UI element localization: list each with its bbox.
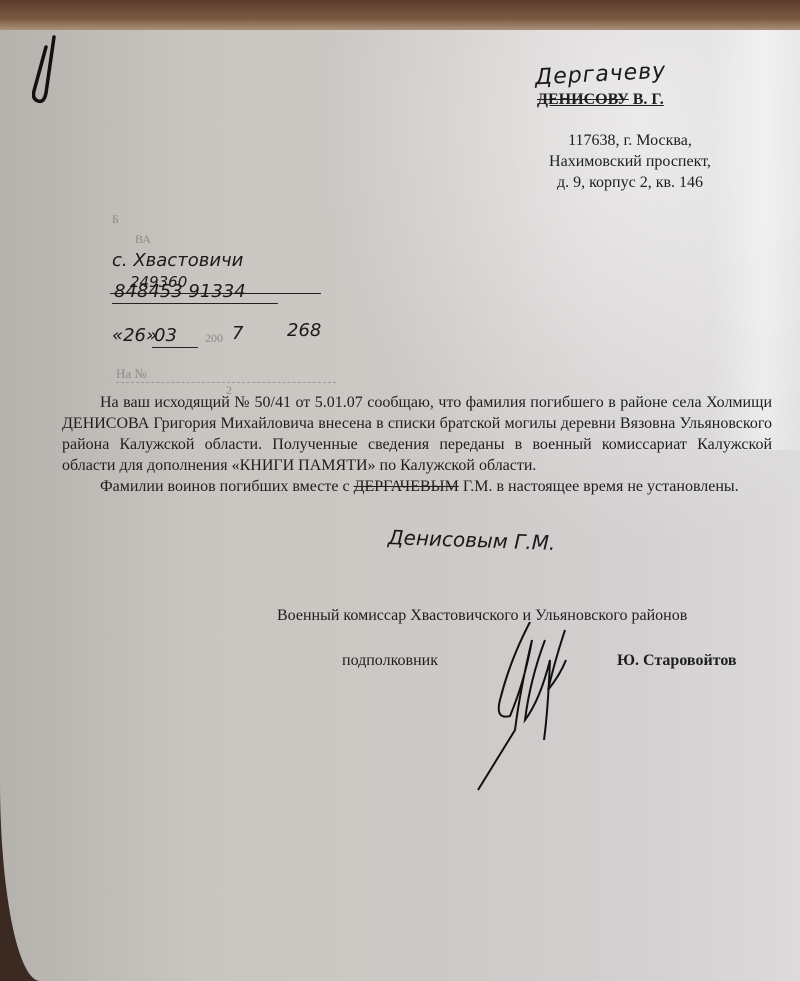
faint-mark: Б [112,212,119,227]
address-line: 117638, г. Москва, [520,130,740,151]
light-glare [710,30,800,450]
wooden-background [0,0,800,34]
struck-surname: ДЕРГАЧЕВЫМ [354,478,459,495]
signer-name: Ю. Старовойтов [617,652,737,670]
reference-label: На № [116,366,147,381]
faint-mark: ВА [135,232,151,247]
outgoing-number: 268 [287,320,321,341]
date-month: 03 [152,325,198,348]
paragraph-2-end: Г.М. в настоящее время не установлены. [459,478,739,495]
place-text: с. Хвастовичи [112,250,243,271]
signature-scribble [470,620,590,800]
recipient-initials: В. Г. [633,91,664,108]
recipient-name: ДЕНИСОВУ В. Г. [537,91,664,109]
paragraph-2-start: Фамилии воинов погибших вместе с [100,478,354,495]
date-day: «26» [112,325,157,346]
reference-number-field: На № [116,366,336,383]
signer-rank: подполковник [342,652,438,670]
paragraph-2: Фамилии воинов погибших вместе с ДЕРГАЧЕ… [62,476,772,497]
handwritten-phone: 848453 91334 [112,281,278,304]
paragraph-1: На ваш исходящий № 50/41 от 5.01.07 сооб… [62,392,772,476]
recipient-surname-struck: ДЕНИСОВУ [537,91,629,108]
paperclip-icon [32,35,56,105]
address-line: д. 9, корпус 2, кв. 146 [520,172,740,193]
date-year-handwritten: 7 [232,323,243,344]
address-line: Нахимовский проспект, [520,151,740,172]
letter-body: На ваш исходящий № 50/41 от 5.01.07 сооб… [62,392,772,497]
date-year-printed: 200 [205,331,223,346]
recipient-address: 117638, г. Москва, Нахимовский проспект,… [520,130,740,193]
